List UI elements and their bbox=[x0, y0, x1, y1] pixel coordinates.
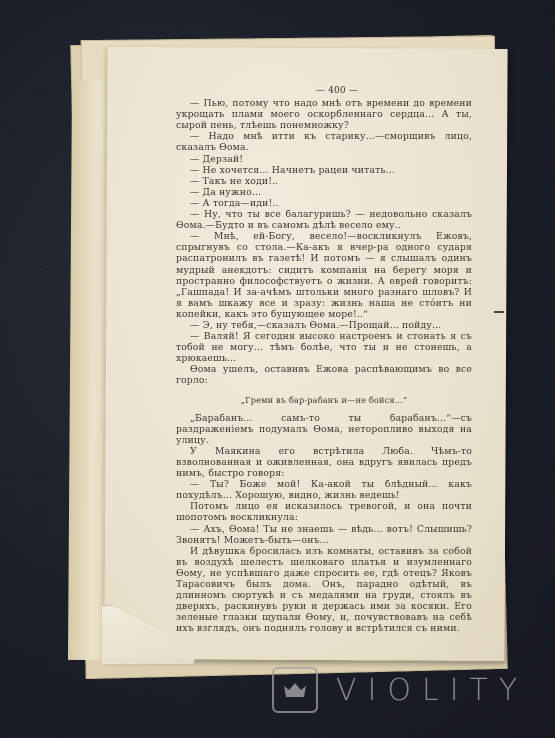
paragraphs: — Пью, потому что надо мнѣ отъ времени д… bbox=[176, 98, 472, 634]
watermark-logo bbox=[272, 667, 318, 713]
paragraph: — Пью, потому что надо мнѣ отъ времени д… bbox=[176, 98, 472, 131]
paragraph: И дѣвушка бросилась изъ комнаты, оставив… bbox=[176, 546, 472, 635]
paragraph: — Не хочется... Начнетъ рацеи читать... bbox=[176, 165, 472, 176]
paragraph: — Надо мнѣ итти къ старику...—сморщивъ л… bbox=[176, 131, 472, 153]
edge-mark bbox=[494, 311, 504, 313]
page-text: — 400 — — Пью, потому что надо мнѣ отъ в… bbox=[176, 86, 472, 635]
paragraph: — Э, ну тебя,—сказалъ Ѳома.—Прощай... по… bbox=[176, 320, 472, 331]
watermark-text: VIOLITY bbox=[336, 673, 528, 708]
song-line: „Греми въ бар-рабанъ и—не бойся...“ bbox=[176, 395, 472, 406]
paragraph: — А тогда—иди!.. bbox=[176, 198, 472, 209]
paragraph: — Ахъ, Ѳома! Ты не знаешь — вѣдь... вотъ… bbox=[176, 524, 472, 546]
watermark: VIOLITY bbox=[272, 667, 528, 713]
paragraph: У Маякина его встрѣтила Люба. Чѣмъ-то вз… bbox=[176, 446, 472, 479]
crown-icon bbox=[282, 681, 308, 699]
paragraph: — Ну, что ты все балагуришь? — недовольн… bbox=[176, 209, 472, 231]
paragraph: „Барабанъ... самъ-то ты барабанъ...“—съ … bbox=[176, 413, 472, 446]
paragraph: Ѳома ушелъ, оставивъ Ежова распѣвающимъ … bbox=[176, 364, 472, 386]
page-number: — 400 — bbox=[176, 86, 472, 97]
paragraph: — Мнѣ, ей-Богу, весело!—воскликнулъ Ежов… bbox=[176, 231, 472, 320]
paragraph: — Да нужно... bbox=[176, 187, 472, 198]
paragraph: — Такъ не ходи!.. bbox=[176, 176, 472, 187]
paragraph: — Валяй! Я сегодня высоко настроенъ и ст… bbox=[176, 331, 472, 364]
paragraph: — Дерзай! bbox=[176, 154, 472, 165]
paragraph: Потомъ лицо ея исказилось тревогой, и он… bbox=[176, 501, 472, 523]
paragraph: — Ты? Боже мой! Ка-акой ты блѣдный... ка… bbox=[176, 479, 472, 501]
